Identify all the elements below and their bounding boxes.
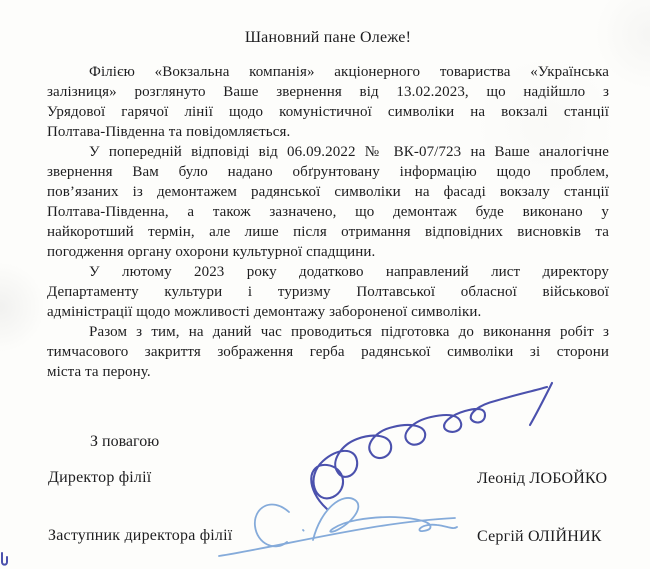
letter-body: Шановний пане Олеже! Філією «Вокзальна к… bbox=[0, 0, 650, 382]
letter-line: тимчасового закриття зображення герба ра… bbox=[47, 342, 609, 362]
deputy-signature-dot bbox=[303, 530, 304, 531]
scan-artifact-mark bbox=[0, 552, 9, 567]
director-signature-icon bbox=[293, 371, 561, 513]
letter-document: Шановний пане Олеже! Філією «Вокзальна к… bbox=[0, 0, 650, 569]
letter-line: Полтава-Південна та повідомляється. bbox=[47, 122, 609, 142]
deputy-signature-flourish bbox=[313, 498, 457, 540]
letter-salutation: Шановний пане Олеже! bbox=[47, 27, 609, 48]
letter-line: Урядової гарячої лінії щодо комуністично… bbox=[47, 102, 609, 122]
director-signature-stroke bbox=[311, 387, 547, 509]
signatory-name-director: Леонід ЛОБОЙКО bbox=[477, 470, 607, 488]
letter-paragraph-4: Разом з тим, на даний час проводиться пі… bbox=[47, 322, 609, 382]
letter-line: Філією «Вокзальна компанія» акціонерного… bbox=[47, 62, 609, 82]
director-signature-flourish bbox=[530, 383, 552, 425]
letter-line: міста та перону. bbox=[47, 362, 609, 382]
letter-line: найкоротший термін, але лише після отрим… bbox=[47, 222, 609, 242]
letter-paragraph-3: У лютому 2023 року додатково направлений… bbox=[47, 262, 609, 322]
signatory-role-deputy-director: Заступник директора філії bbox=[48, 527, 232, 545]
signatory-name-deputy-director: Сергій ОЛІЙНИК bbox=[477, 528, 602, 546]
letter-line: залізниця» розглянуто Ваше звернення від… bbox=[47, 82, 609, 102]
letter-line: звернення Вам було надано обґрунтовану і… bbox=[47, 162, 609, 182]
letter-line: У лютому 2023 року додатково направлений… bbox=[47, 262, 609, 282]
deputy-director-signature-icon bbox=[213, 488, 463, 563]
scan-artifact-stroke bbox=[2, 553, 7, 565]
deputy-signature-sweep bbox=[219, 518, 455, 556]
letter-line: Полтава-Південна, а також зазначено, що … bbox=[47, 202, 609, 222]
letter-paragraph-1: Філією «Вокзальна компанія» акціонерного… bbox=[47, 62, 609, 142]
letter-paragraph-2: У попередній відповіді від 06.09.2022 № … bbox=[47, 142, 609, 262]
letter-line: Департаменту культури і туризму Полтавсь… bbox=[47, 282, 609, 302]
letter-line: адміністрації щодо можливості демонтажу … bbox=[47, 302, 609, 322]
letter-line: У попередній відповіді від 06.09.2022 № … bbox=[47, 142, 609, 162]
deputy-signature-initial bbox=[255, 505, 289, 547]
signatory-role-director: Директор філії bbox=[48, 469, 151, 487]
closing-salutation: З повагою bbox=[90, 433, 159, 451]
letter-line: Разом з тим, на даний час проводиться пі… bbox=[47, 322, 609, 342]
letter-line: погодження органу охорони культурної спа… bbox=[47, 242, 609, 262]
letter-line: пов’язаних із демонтажем радянської симв… bbox=[47, 182, 609, 202]
